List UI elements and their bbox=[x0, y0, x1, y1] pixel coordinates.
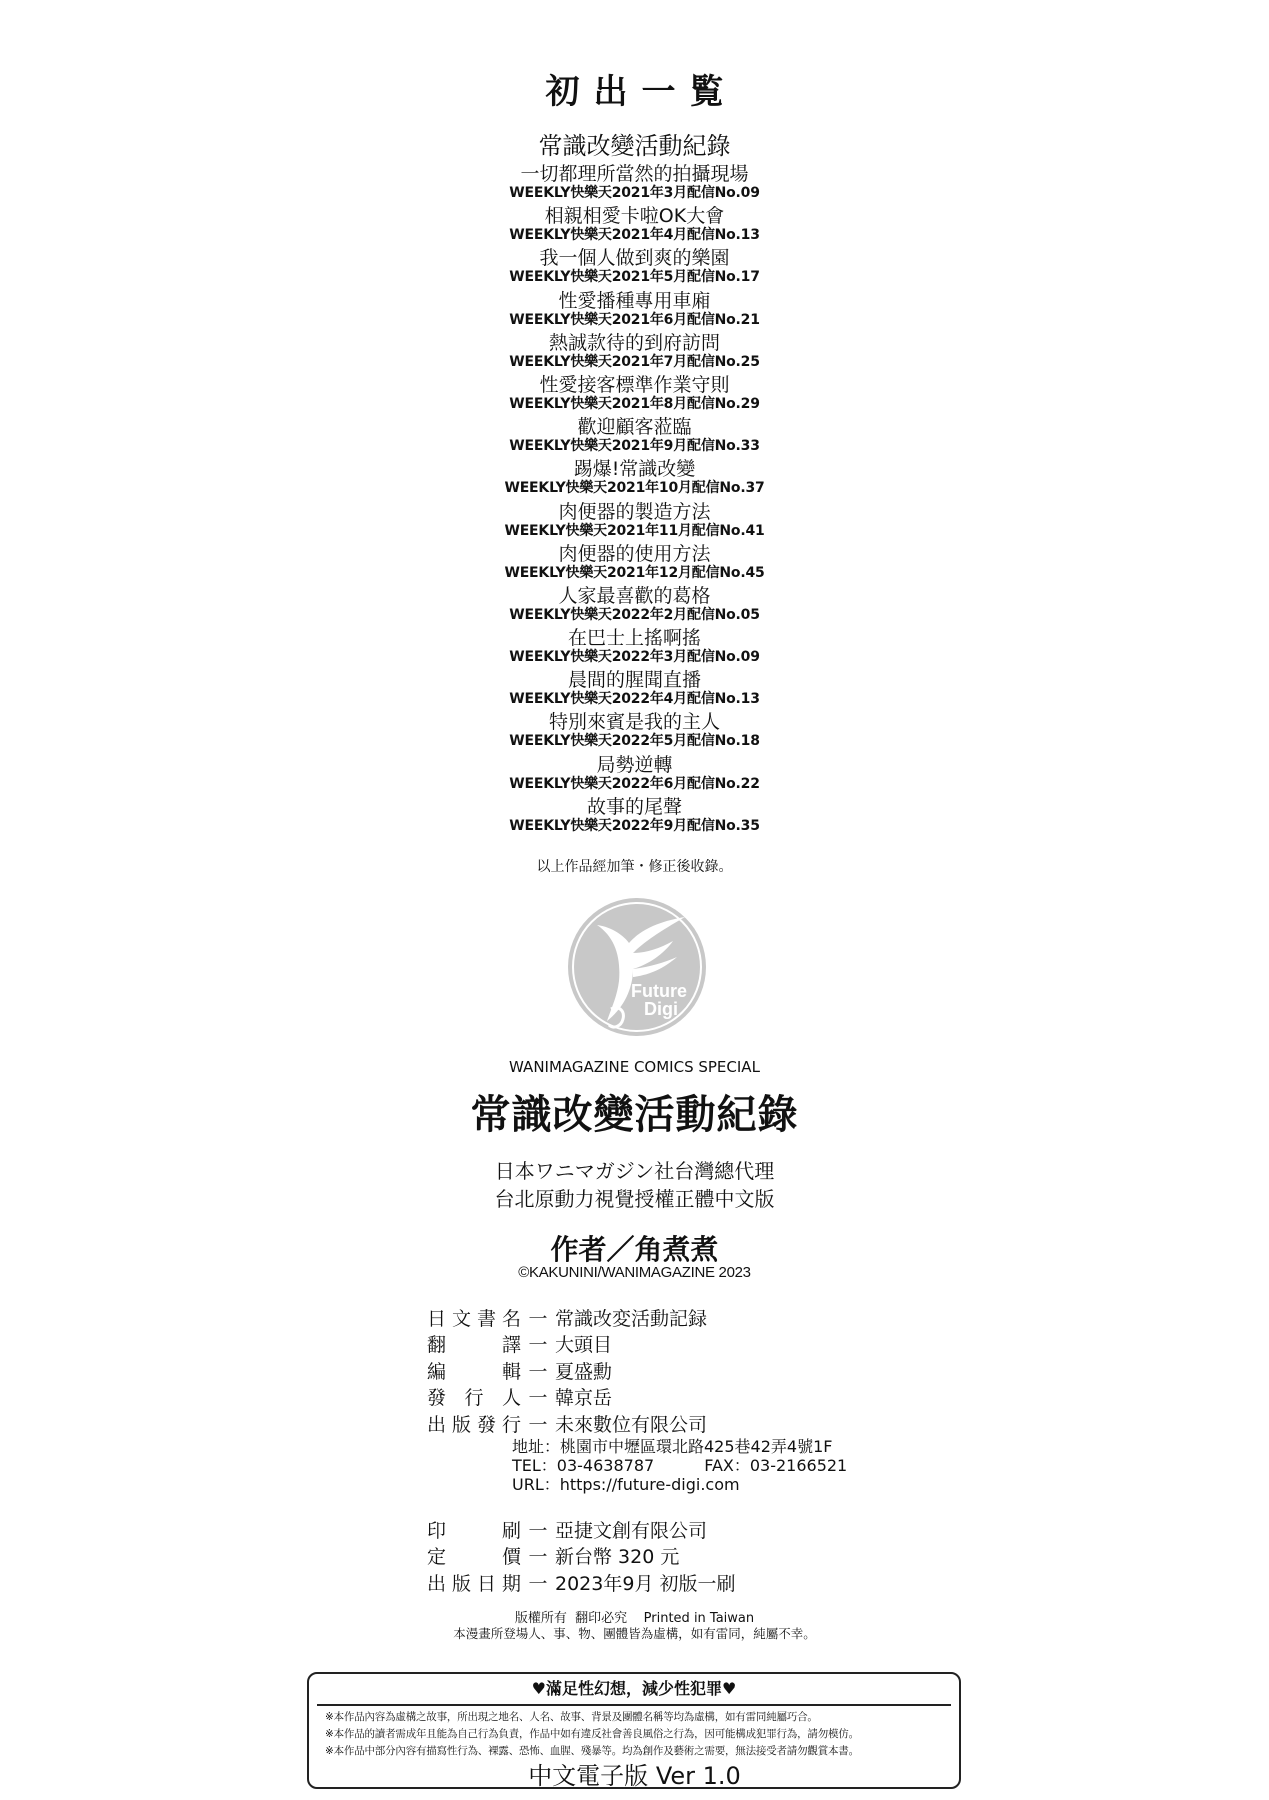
work-title: 相親相愛卡啦OK大會 bbox=[0, 205, 1269, 227]
work-title: 一切都理所當然的拍攝現場 bbox=[0, 163, 1269, 185]
copyright: ©KAKUNINI/WANIMAGAZINE 2023 bbox=[0, 1264, 1269, 1281]
credit-value: 亞捷文創有限公司 bbox=[555, 1516, 707, 1543]
address: 地址：桃園市中壢區環北路425巷42弄4號1F bbox=[512, 1437, 847, 1456]
fiction-disclaimer: 本漫畫所登場人、事、物、團體皆為虛構，如有雷同，純屬不幸。 bbox=[0, 1624, 1269, 1642]
work-source: WEEKLY快樂天2021年12月配信No.45 bbox=[0, 565, 1269, 582]
list-item: 熱誠款待的到府訪問WEEKLY快樂天2021年7月配信No.25 bbox=[0, 332, 1269, 374]
work-title: 人家最喜歡的葛格 bbox=[0, 585, 1269, 607]
credit-label: 出版發行 bbox=[427, 1410, 521, 1437]
work-title: 故事的尾聲 bbox=[0, 796, 1269, 818]
credit-label: 印刷 bbox=[427, 1516, 521, 1543]
first-appearance-list: 一切都理所當然的拍攝現場WEEKLY快樂天2021年3月配信No.09 相親相愛… bbox=[0, 163, 1269, 838]
credit-row-price: 定價 一 新台幣 320 元 bbox=[427, 1543, 927, 1570]
list-item: 特別來賓是我的主人WEEKLY快樂天2022年5月配信No.18 bbox=[0, 711, 1269, 753]
list-item: 人家最喜歡的葛格WEEKLY快樂天2022年2月配信No.05 bbox=[0, 585, 1269, 627]
revision-note: 以上作品經加筆・修正後收錄。 bbox=[0, 856, 1269, 876]
work-source: WEEKLY快樂天2021年8月配信No.29 bbox=[0, 396, 1269, 413]
future-digi-logo-icon: Future Digi bbox=[567, 897, 707, 1037]
website-url: URL：https://future-digi.com bbox=[512, 1475, 847, 1494]
credit-label: 出版日期 bbox=[427, 1569, 521, 1596]
credit-value: 新台幣 320 元 bbox=[555, 1542, 679, 1569]
work-source: WEEKLY快樂天2021年7月配信No.25 bbox=[0, 354, 1269, 371]
list-item: 踢爆!常識改變WEEKLY快樂天2021年10月配信No.37 bbox=[0, 458, 1269, 500]
credit-value: 韓京岳 bbox=[555, 1383, 612, 1410]
credit-value: 2023年9月 初版一刷 bbox=[555, 1569, 735, 1596]
work-source: WEEKLY快樂天2021年9月配信No.33 bbox=[0, 438, 1269, 455]
list-item: 性愛播種專用車廂WEEKLY快樂天2021年6月配信No.21 bbox=[0, 290, 1269, 332]
work-title: 我一個人做到爽的樂園 bbox=[0, 247, 1269, 269]
credit-value: 夏盛勳 bbox=[555, 1357, 612, 1384]
work-source: WEEKLY快樂天2021年11月配信No.41 bbox=[0, 523, 1269, 540]
list-item: 肉便器的使用方法WEEKLY快樂天2021年12月配信No.45 bbox=[0, 543, 1269, 585]
phone-fax: TEL：03-4638787FAX：03-2166521 bbox=[512, 1456, 847, 1475]
page-title: 初出一覧 bbox=[0, 64, 1269, 113]
work-title: 晨間的腥聞直播 bbox=[0, 669, 1269, 691]
book-title: 常識改變活動紀錄 bbox=[0, 126, 1269, 161]
work-source: WEEKLY快樂天2021年6月配信No.21 bbox=[0, 312, 1269, 329]
work-title: 性愛接客標準作業守則 bbox=[0, 374, 1269, 396]
credit-label: 翻譯 bbox=[427, 1330, 521, 1357]
credit-value: 常識改変活動記録 bbox=[555, 1304, 707, 1331]
fax: FAX：03-2166521 bbox=[704, 1456, 847, 1475]
work-title: 踢爆!常識改變 bbox=[0, 458, 1269, 480]
divider bbox=[317, 1704, 951, 1706]
work-source: WEEKLY快樂天2022年2月配信No.05 bbox=[0, 607, 1269, 624]
list-item: 性愛接客標準作業守則WEEKLY快樂天2021年8月配信No.29 bbox=[0, 374, 1269, 416]
tel: TEL：03-4638787 bbox=[512, 1456, 654, 1475]
license-line: 台北原動力視覺授權正體中文版 bbox=[0, 1183, 1269, 1212]
credits-block-print: 印刷 一 亞捷文創有限公司 定價 一 新台幣 320 元 出版日期 一 2023… bbox=[427, 1516, 927, 1596]
agency-line: 日本ワニマガジン社台灣總代理 bbox=[0, 1155, 1269, 1184]
work-title: 局勢逆轉 bbox=[0, 754, 1269, 776]
credit-label: 發行人 bbox=[427, 1383, 521, 1410]
list-item: 我一個人做到爽的樂園WEEKLY快樂天2021年5月配信No.17 bbox=[0, 247, 1269, 289]
work-source: WEEKLY快樂天2022年3月配信No.09 bbox=[0, 649, 1269, 666]
work-title: 性愛播種專用車廂 bbox=[0, 290, 1269, 312]
work-source: WEEKLY快樂天2021年4月配信No.13 bbox=[0, 227, 1269, 244]
work-source: WEEKLY快樂天2022年4月配信No.13 bbox=[0, 691, 1269, 708]
credit-row-japanese-title: 日文書名 一 常識改変活動記録 bbox=[427, 1304, 927, 1331]
credit-row-translator: 翻譯 一 大頭目 bbox=[427, 1331, 927, 1358]
credit-row-printer: 印刷 一 亞捷文創有限公司 bbox=[427, 1516, 927, 1543]
list-item: 一切都理所當然的拍攝現場WEEKLY快樂天2021年3月配信No.09 bbox=[0, 163, 1269, 205]
colophon-title: 常識改變活動紀錄 bbox=[0, 1083, 1269, 1140]
work-title: 肉便器的使用方法 bbox=[0, 543, 1269, 565]
work-source: WEEKLY快樂天2021年10月配信No.37 bbox=[0, 480, 1269, 497]
work-source: WEEKLY快樂天2022年5月配信No.18 bbox=[0, 733, 1269, 750]
warning-line: ※本作品的讀者需成年且能為自己行為負責，作品中如有違反社會善良風俗之行為，因可能… bbox=[309, 1726, 959, 1743]
credit-row-editor: 編輯 一 夏盛勳 bbox=[427, 1357, 927, 1384]
work-title: 歡迎顧客蒞臨 bbox=[0, 416, 1269, 438]
list-item: 局勢逆轉WEEKLY快樂天2022年6月配信No.22 bbox=[0, 754, 1269, 796]
credit-row-publisher: 出版發行 一 未來數位有限公司 bbox=[427, 1410, 927, 1437]
work-title: 特別來賓是我的主人 bbox=[0, 711, 1269, 733]
list-item: 相親相愛卡啦OK大會WEEKLY快樂天2021年4月配信No.13 bbox=[0, 205, 1269, 247]
work-source: WEEKLY快樂天2021年3月配信No.09 bbox=[0, 185, 1269, 202]
warning-line: ※本作品內容為虛構之故事，所出現之地名、人名、故事、背景及團體名稱等均為虛構，如… bbox=[309, 1709, 959, 1726]
credit-row-publish-date: 出版日期 一 2023年9月 初版一刷 bbox=[427, 1569, 927, 1596]
version-label: 中文電子版 Ver 1.0 bbox=[0, 1756, 1269, 1791]
list-item: 故事的尾聲WEEKLY快樂天2022年9月配信No.35 bbox=[0, 796, 1269, 838]
credit-value: 未來數位有限公司 bbox=[555, 1410, 707, 1437]
work-title: 在巴士上搖啊搖 bbox=[0, 627, 1269, 649]
list-item: 歡迎顧客蒞臨WEEKLY快樂天2021年9月配信No.33 bbox=[0, 416, 1269, 458]
credit-label: 定價 bbox=[427, 1542, 521, 1569]
publisher-contact: 地址：桃園市中壢區環北路425巷42弄4號1F TEL：03-4638787FA… bbox=[512, 1437, 847, 1494]
credit-label: 編輯 bbox=[427, 1357, 521, 1384]
work-source: WEEKLY快樂天2022年9月配信No.35 bbox=[0, 818, 1269, 835]
list-item: 晨間的腥聞直播WEEKLY快樂天2022年4月配信No.13 bbox=[0, 669, 1269, 711]
work-title: 肉便器的製造方法 bbox=[0, 501, 1269, 523]
series-name: WANIMAGAZINE COMICS SPECIAL bbox=[0, 1058, 1269, 1076]
credit-row-publisher-person: 發行人 一 韓京岳 bbox=[427, 1384, 927, 1411]
list-item: 肉便器的製造方法WEEKLY快樂天2021年11月配信No.41 bbox=[0, 501, 1269, 543]
work-title: 熱誠款待的到府訪問 bbox=[0, 332, 1269, 354]
svg-text:Future: Future bbox=[631, 981, 687, 1001]
credit-value: 大頭目 bbox=[555, 1330, 612, 1357]
work-source: WEEKLY快樂天2021年5月配信No.17 bbox=[0, 269, 1269, 286]
credits-block: 日文書名 一 常識改変活動記録 翻譯 一 大頭目 編輯 一 夏盛勳 發行人 一 … bbox=[427, 1304, 927, 1437]
warning-title: ♥滿足性幻想，減少性犯罪♥ bbox=[309, 1676, 959, 1702]
svg-text:Digi: Digi bbox=[644, 999, 678, 1019]
work-source: WEEKLY快樂天2022年6月配信No.22 bbox=[0, 776, 1269, 793]
list-item: 在巴士上搖啊搖WEEKLY快樂天2022年3月配信No.09 bbox=[0, 627, 1269, 669]
author: 作者／角煮煮 bbox=[0, 1228, 1269, 1268]
credit-label: 日文書名 bbox=[427, 1304, 521, 1331]
